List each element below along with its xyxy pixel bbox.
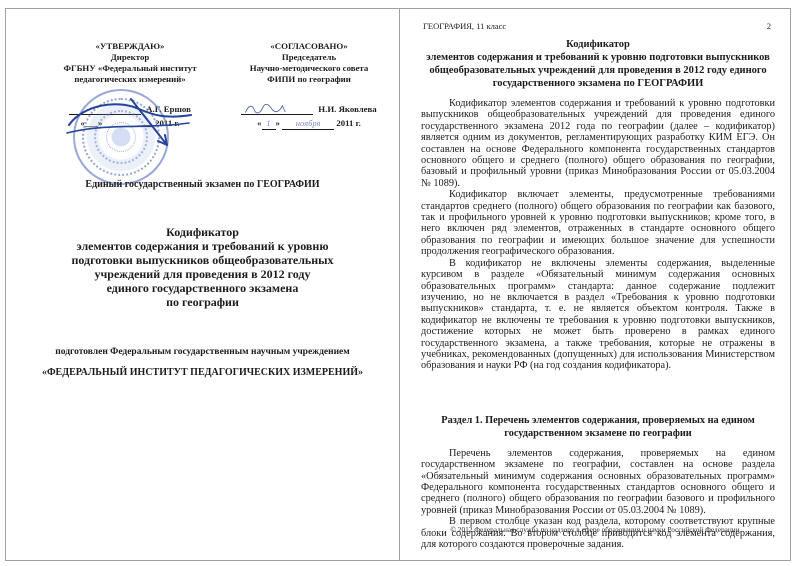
date-year: 2011 г. — [336, 118, 361, 128]
agreed-org-line2: ФИПИ по географии — [227, 74, 391, 85]
approved-org-line1: ФГБНУ «Федеральный институт — [34, 63, 226, 74]
institute-name-line: «ФЕДЕРАЛЬНЫЙ ИНСТИТУТ ПЕДАГОГИЧЕСКИХ ИЗМ… — [12, 367, 393, 378]
handwritten-month: ноября — [296, 118, 321, 128]
page-right: ГЕОГРАФИЯ, 11 класс 2 Кодификатор элемен… — [399, 8, 791, 561]
right-page-content: ГЕОГРАФИЯ, 11 класс 2 Кодификатор элемен… — [400, 9, 790, 560]
page-number: 2 — [767, 21, 771, 31]
exam-subject-line: Единый государственный экзамен по ГЕОГРА… — [6, 179, 399, 190]
cover-title-line: учреждений для проведения в 2012 году — [26, 267, 379, 281]
cover-title-line: элементов содержания и требований к уров… — [26, 239, 379, 253]
agreed-role: Председатель — [227, 52, 391, 63]
approved-org-line2: педагогических измерений» — [34, 74, 226, 85]
agreed-signatory: Н.И. Яковлева — [318, 104, 376, 115]
paragraph: Перечень элементов содержания, проверяем… — [421, 448, 775, 516]
document-viewer: «УТВЕРЖДАЮ» Директор ФГБНУ «Федеральный … — [0, 0, 800, 566]
yakovleva-signature-icon — [243, 102, 289, 116]
agreed-label: «СОГЛАСОВАНО» — [227, 41, 391, 52]
approved-label: «УТВЕРЖДАЮ» — [34, 41, 226, 52]
quote-close: » — [276, 118, 280, 128]
paragraph: В кодификатор не включены элементы содер… — [421, 258, 775, 372]
codifier-title-line: государственного экзамена по ГЕОГРАФИИ — [421, 77, 775, 90]
cover-title: Кодификатор элементов содержания и требо… — [26, 225, 379, 309]
section1-heading: Раздел 1. Перечень элементов содержания,… — [421, 414, 775, 440]
ershov-signature-icon — [61, 93, 211, 155]
running-header: ГЕОГРАФИЯ, 11 класс 2 — [421, 21, 775, 31]
cover-title-line: подготовки выпускников общеобразовательн… — [26, 253, 379, 267]
body-text: Кодификатор элементов содержания и требо… — [421, 98, 775, 550]
agreed-signature-row: Н.И. Яковлева — [227, 102, 391, 115]
section1-heading-line: государственном экзамене по географии — [421, 427, 775, 440]
cover-title-line: Кодификатор — [26, 225, 379, 239]
cover-title-line: по географии — [26, 295, 379, 309]
header-subject: ГЕОГРАФИЯ, 11 класс — [423, 21, 506, 31]
page-left: «УТВЕРЖДАЮ» Директор ФГБНУ «Федеральный … — [5, 8, 400, 561]
codifier-title-line: элементов содержания и требований к уров… — [421, 51, 775, 64]
codifier-title: Кодификатор элементов содержания и требо… — [421, 38, 775, 90]
signature-line — [241, 104, 313, 115]
agreed-date-row: «1» ноября 2011 г. — [227, 118, 391, 130]
codifier-title-line: общеобразовательных учреждений для прове… — [421, 64, 775, 77]
approved-role: Директор — [34, 52, 226, 63]
copyright-footer: © 2012 Федеральная служба по надзору в с… — [400, 525, 790, 534]
codifier-title-line: Кодификатор — [421, 38, 775, 51]
handwritten-day: 1 — [266, 118, 270, 128]
cover-title-line: единого государственного экзамена — [26, 281, 379, 295]
section1-heading-line: Раздел 1. Перечень элементов содержания,… — [421, 414, 775, 427]
paragraph: Кодификатор включает элементы, предусмот… — [421, 189, 775, 257]
paragraph: Кодификатор элементов содержания и требо… — [421, 98, 775, 189]
approval-block-agreed: «СОГЛАСОВАНО» Председатель Научно-методи… — [227, 41, 391, 130]
prepared-by-line: подготовлен Федеральным государственным … — [16, 347, 389, 357]
agreed-org-line1: Научно-методического совета — [227, 63, 391, 74]
